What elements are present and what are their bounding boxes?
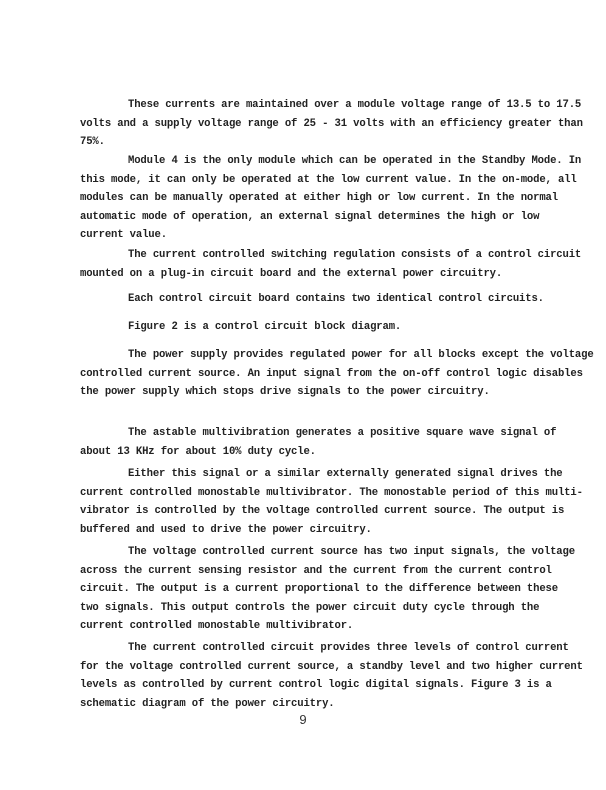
- text-line: this mode, it can only be operated at th…: [80, 171, 570, 190]
- text-line: modules can be manually operated at eith…: [80, 189, 570, 208]
- text-line: current controlled monostable multivibra…: [80, 617, 570, 636]
- paragraph: The current controlled switching regulat…: [80, 246, 570, 283]
- text-line: Either this signal or a similar external…: [80, 465, 570, 484]
- text-line: The astable multivibration generates a p…: [80, 424, 570, 443]
- text-line: current value.: [80, 226, 570, 245]
- text-line: about 13 KHz for about 10% duty cycle.: [80, 443, 570, 462]
- text-line: current controlled monostable multivibra…: [80, 484, 570, 503]
- text-line: two signals. This output controls the po…: [80, 599, 570, 618]
- paragraph: The current controlled circuit provides …: [80, 639, 570, 713]
- paragraph: The voltage controlled current source ha…: [80, 543, 570, 636]
- text-line: The power supply provides regulated powe…: [80, 346, 570, 365]
- document-page: These currents are maintained over a mod…: [0, 0, 606, 790]
- paragraph: Module 4 is the only module which can be…: [80, 152, 570, 245]
- text-line: the power supply which stops drive signa…: [80, 383, 570, 402]
- text-line: These currents are maintained over a mod…: [80, 96, 570, 115]
- paragraph: Figure 2 is a control circuit block diag…: [80, 318, 570, 337]
- text-line: Each control circuit board contains two …: [80, 290, 570, 309]
- text-line: vibrator is controlled by the voltage co…: [80, 502, 570, 521]
- text-line: The current controlled circuit provides …: [80, 639, 570, 658]
- text-line: buffered and used to drive the power cir…: [80, 521, 570, 540]
- paragraph: The power supply provides regulated powe…: [80, 346, 570, 402]
- text-line: 75%.: [80, 133, 570, 152]
- text-line: Module 4 is the only module which can be…: [80, 152, 570, 171]
- text-line: The voltage controlled current source ha…: [80, 543, 570, 562]
- paragraph: Each control circuit board contains two …: [80, 290, 570, 309]
- text-line: across the current sensing resistor and …: [80, 562, 570, 581]
- text-line: schematic diagram of the power circuitry…: [80, 695, 570, 714]
- text-line: levels as controlled by current control …: [80, 676, 570, 695]
- paragraph: These currents are maintained over a mod…: [80, 96, 570, 152]
- text-line: The current controlled switching regulat…: [80, 246, 570, 265]
- paragraph: The astable multivibration generates a p…: [80, 424, 570, 461]
- paragraph: Either this signal or a similar external…: [80, 465, 570, 539]
- text-line: Figure 2 is a control circuit block diag…: [80, 318, 570, 337]
- text-line: circuit. The output is a current proport…: [80, 580, 570, 599]
- text-line: automatic mode of operation, an external…: [80, 208, 570, 227]
- text-line: controlled current source. An input sign…: [80, 365, 570, 384]
- text-line: for the voltage controlled current sourc…: [80, 658, 570, 677]
- text-line: volts and a supply voltage range of 25 -…: [80, 115, 570, 134]
- page-number: 9: [0, 712, 606, 727]
- text-line: mounted on a plug-in circuit board and t…: [80, 265, 570, 284]
